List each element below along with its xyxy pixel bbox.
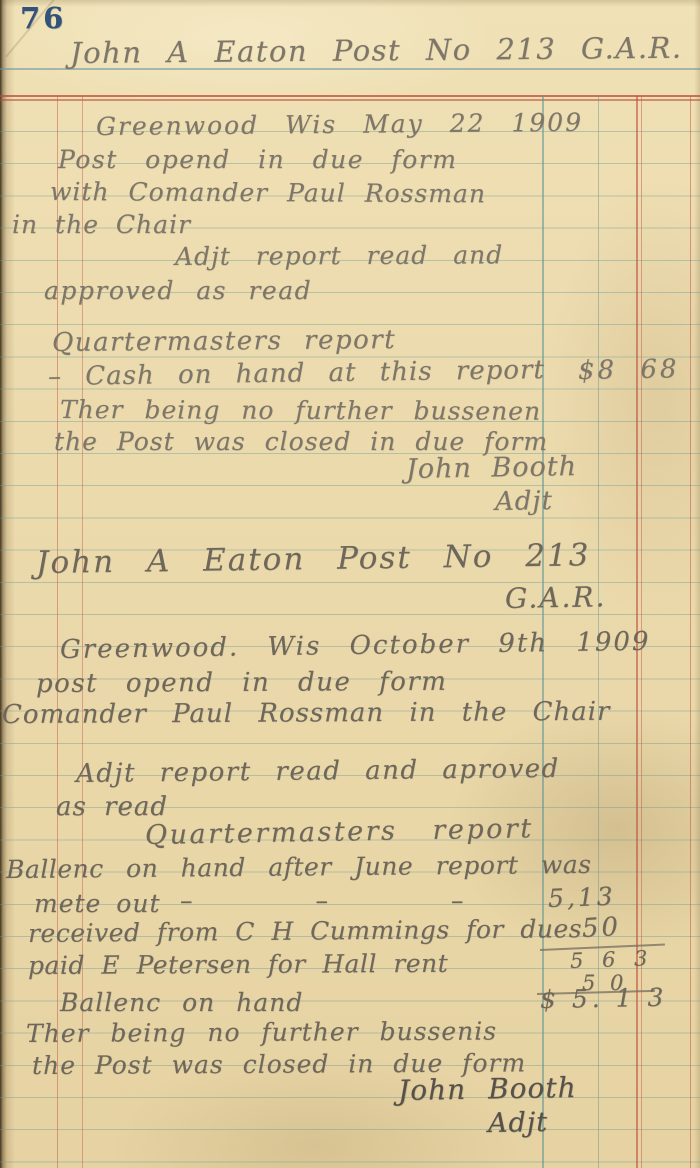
october-received-amount: 50 <box>581 912 622 944</box>
october-final-balance-amount: $ 5. 1 3 <box>540 983 668 1014</box>
october-received-line: received from C H Cummings for dues <box>28 914 582 948</box>
margin-rule-red-1 <box>57 96 58 1168</box>
october-title-line-2: G.A.R. <box>505 580 607 615</box>
october-paid-line: paid E Petersen for Hall rent <box>28 949 448 980</box>
may-opening-line-3: in the Chair <box>12 210 191 239</box>
october-balance-amount: 5,13 <box>547 882 616 913</box>
october-adjt-report-2: as read <box>56 792 168 822</box>
may-adjt-report-2: approved as read <box>44 276 312 305</box>
may-qm-heading: Quartermasters report <box>52 325 396 358</box>
october-final-balance-label: Ballenc on hand <box>60 988 303 1017</box>
october-signature: John Booth <box>398 1071 577 1107</box>
may-closing-1: Ther being no further bussenen <box>60 395 541 426</box>
header-rule-red-bottom <box>0 99 700 101</box>
october-signature-title: Adjt <box>488 1107 549 1139</box>
may-signature-title: Adjt <box>495 486 553 517</box>
october-balance-label-2: mete out <box>34 889 161 918</box>
may-opening-line-1: Post opend in due form <box>58 145 457 174</box>
ledger-title: John A Eaton Post No 213 G.A.R. <box>70 31 683 70</box>
october-paid-amount-top: 5 6 3 <box>570 946 654 973</box>
october-adjt-report-1: Adjt report read and aproved <box>76 754 560 789</box>
may-dateline: Greenwood Wis May 22 1909 <box>96 108 583 141</box>
october-closing-1: Ther being no further bussenis <box>26 1017 497 1048</box>
october-balance-dashes: – – – <box>180 886 463 915</box>
ledger-page: 76 John A Eaton Post No 213 G.A.R. Green… <box>0 0 700 1168</box>
money-column-rule-red-3 <box>690 96 691 1168</box>
october-opening-line-1: post opend in due form <box>36 667 448 699</box>
may-cash-amount: $8 68 <box>578 354 680 386</box>
may-opening-line-2: with Comander Paul Rossman <box>50 177 486 208</box>
october-balance-label-1: Ballenc on hand after June report was <box>6 850 592 884</box>
may-closing-2: the Post was closed in due form <box>54 427 548 456</box>
october-opening-line-2: Comander Paul Rossman in the Chair <box>2 697 611 730</box>
may-signature: John Booth <box>406 451 578 485</box>
may-adjt-report-1: Adjt report read and <box>175 240 503 271</box>
header-rule-red-top <box>0 95 700 97</box>
page-number: 76 <box>20 1 66 35</box>
